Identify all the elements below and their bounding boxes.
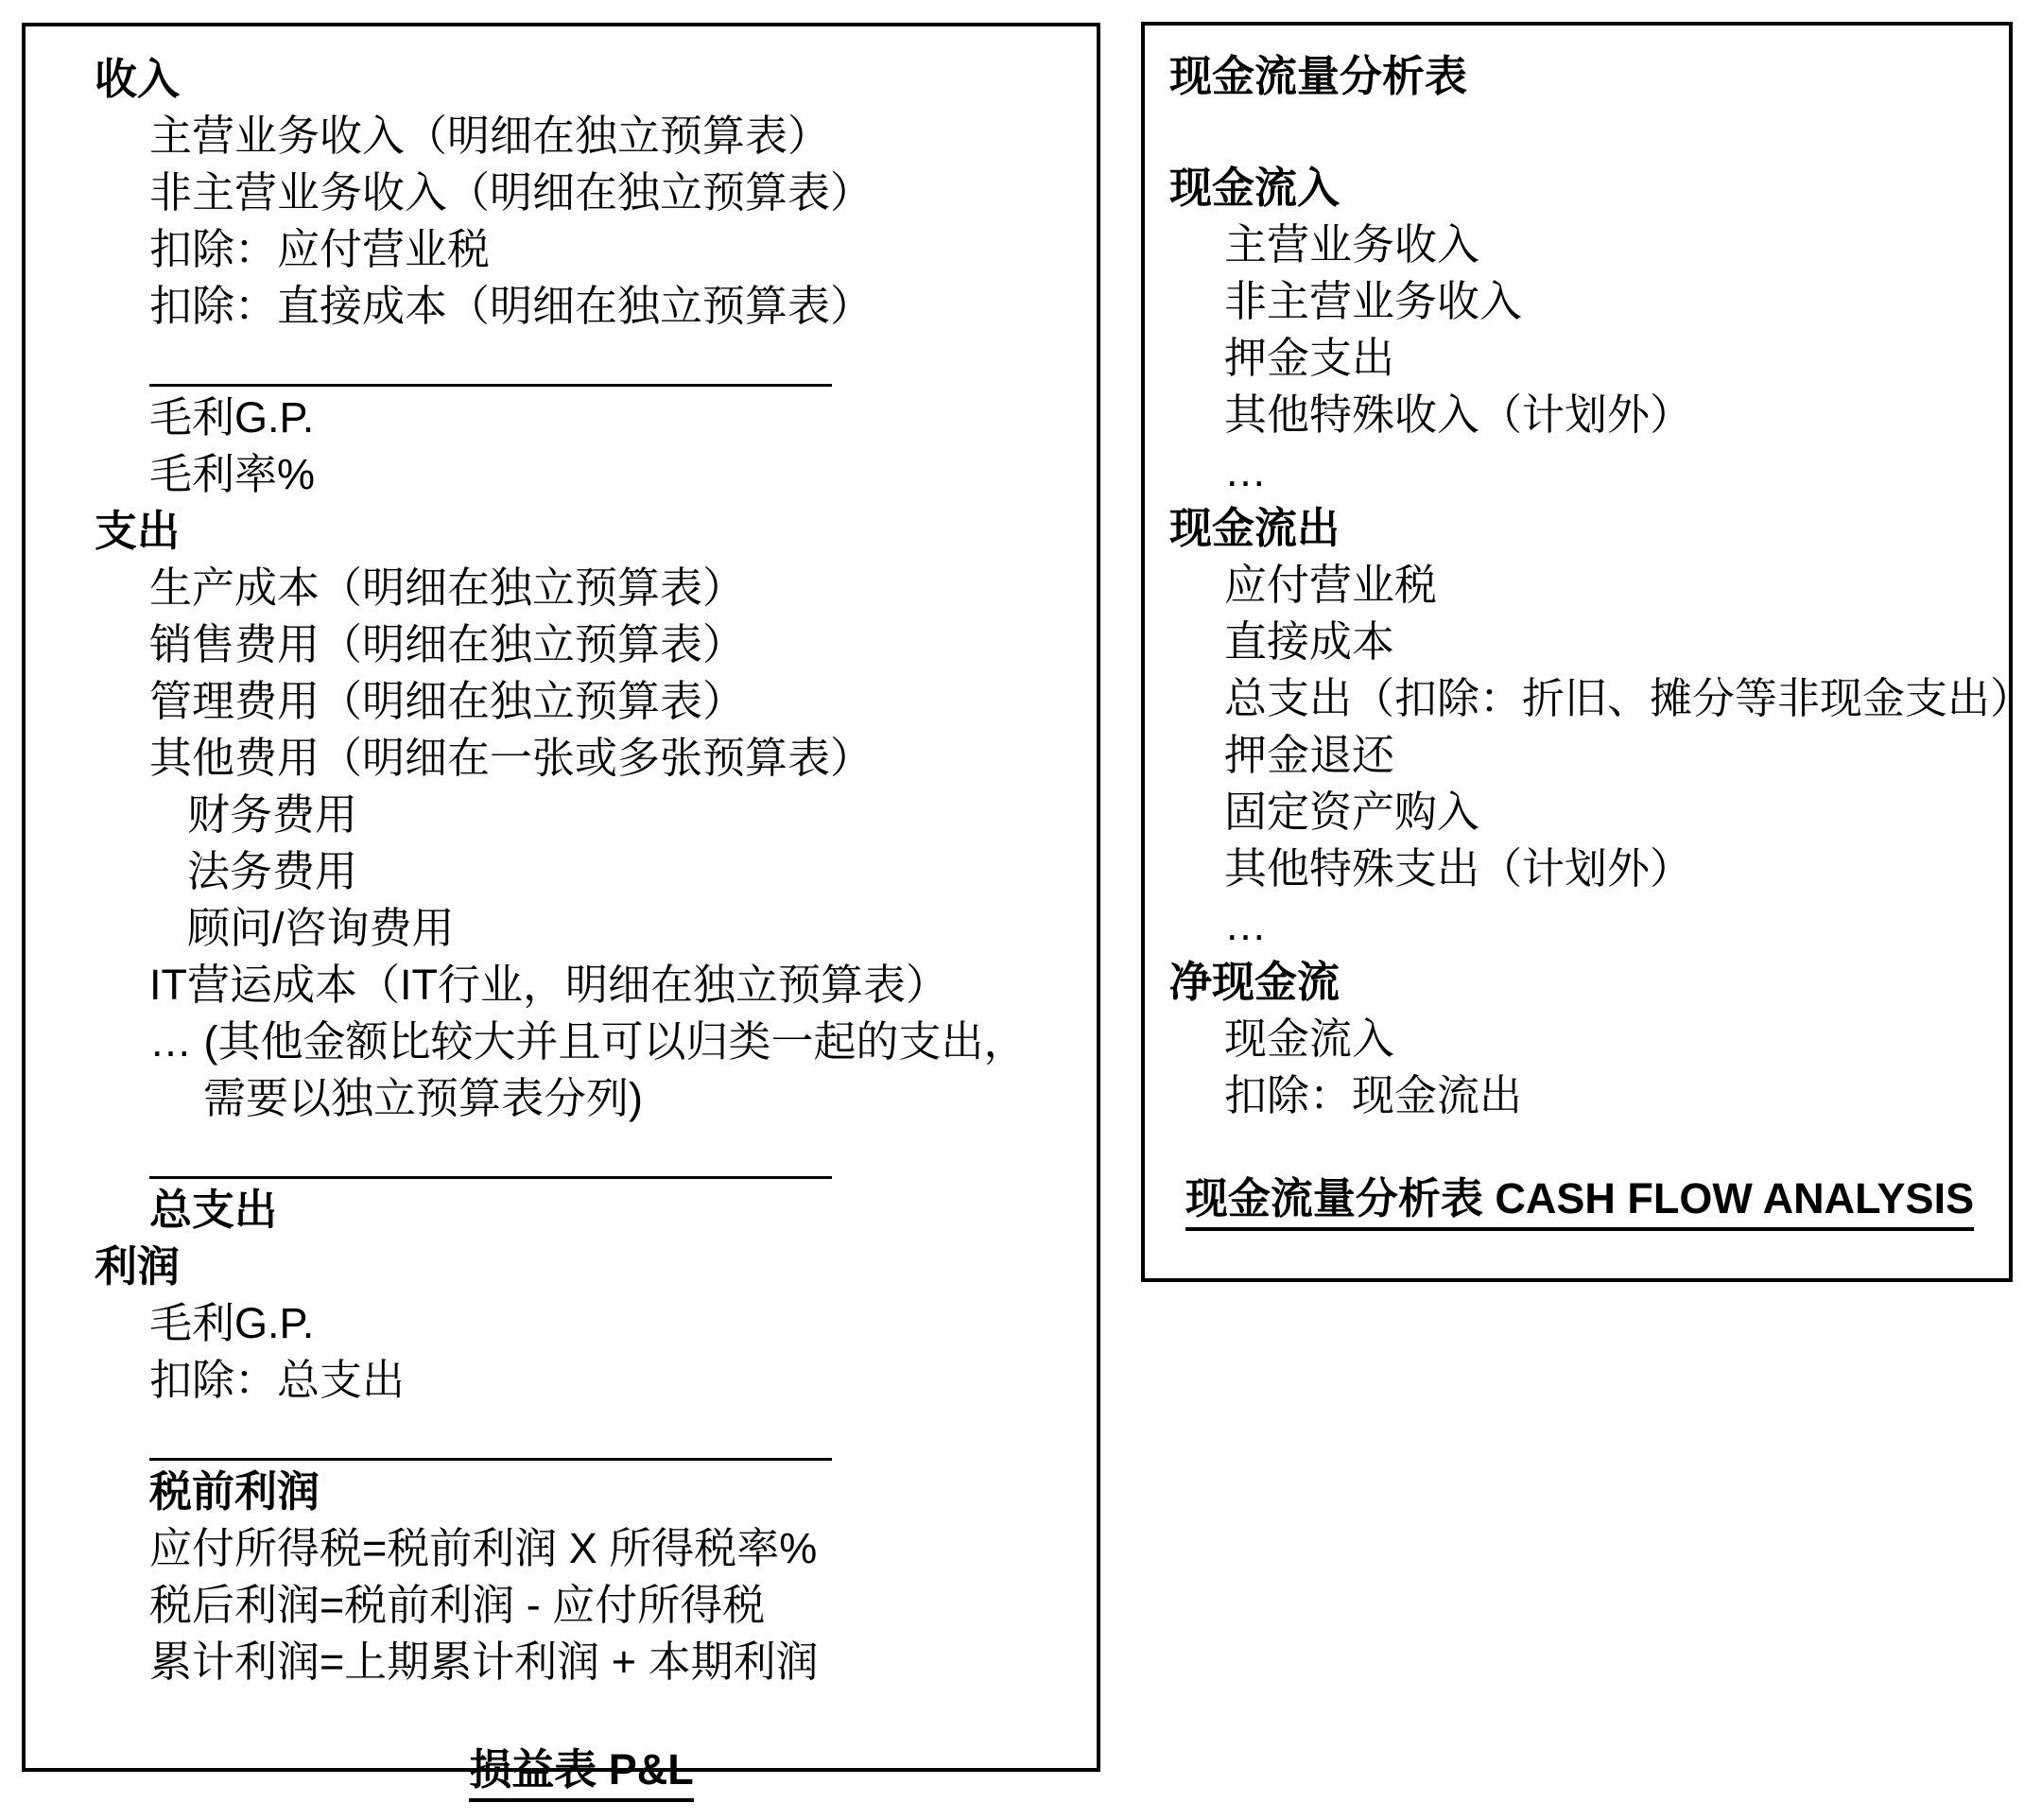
section-heading: 总支出 [149, 1182, 1068, 1239]
line-item: 总支出（扣除：折旧、摊分等非现金支出） [1224, 670, 1990, 727]
line-item: 押金退还 [1224, 727, 1990, 784]
line-item: 非主营业务收入 [1224, 273, 1990, 330]
line-item: … [1224, 443, 1990, 500]
section-heading: 净现金流 [1169, 954, 1990, 1011]
line-item: 生产成本（明细在独立预算表） [149, 560, 1068, 616]
line-item: 毛利G.P. [149, 1295, 1068, 1352]
line-item: 毛利率% [149, 446, 1068, 503]
blank-spacer [1169, 105, 1990, 160]
section-divider-line [149, 335, 832, 387]
cashflow-box: 现金流量分析表现金流入主营业务收入非主营业务收入押金支出其他特殊收入（计划外）…… [1141, 22, 2013, 1282]
cashflow-caption-row: 现金流量分析表 CASH FLOW ANALYSIS [1169, 1171, 1990, 1231]
cashflow-caption: 现金流量分析表 CASH FLOW ANALYSIS [1185, 1171, 1974, 1231]
pnl-caption-row: 损益表 P&L [95, 1742, 1068, 1802]
line-item: 销售费用（明细在独立预算表） [149, 616, 1068, 673]
pnl-box: 收入主营业务收入（明细在独立预算表）非主营业务收入（明细在独立预算表）扣除：应付… [22, 23, 1100, 1772]
section-heading: 收入 [95, 51, 1068, 108]
line-item: 押金支出 [1224, 330, 1990, 387]
line-item: 直接成本 [1224, 614, 1990, 670]
line-item: 主营业务收入 [1224, 217, 1990, 273]
line-item: 扣除：总支出 [149, 1352, 1068, 1409]
section-heading: 现金流出 [1169, 500, 1990, 557]
line-item: 累计利润=上期累计利润 + 本期利润 [149, 1634, 1068, 1690]
page: 收入主营业务收入（明细在独立预算表）非主营业务收入（明细在独立预算表）扣除：应付… [0, 0, 2041, 1820]
section-heading: 利润 [95, 1239, 1068, 1295]
line-item: 固定资产购入 [1224, 784, 1990, 841]
line-item: … (其他金额比较大并且可以归类一起的支出， [149, 1014, 1068, 1070]
section-divider-line [149, 1127, 832, 1179]
line-item: 其他特殊支出（计划外） [1224, 841, 1990, 897]
line-item: IT营运成本（IT行业，明细在独立预算表） [149, 957, 1068, 1014]
section-heading: 税前利润 [149, 1464, 1068, 1520]
section-divider-line [149, 1409, 832, 1461]
line-item: 现金流入 [1224, 1011, 1990, 1067]
line-item: 法务费用 [187, 843, 1068, 900]
line-item: 主营业务收入（明细在独立预算表） [149, 108, 1068, 165]
line-item: 财务费用 [187, 787, 1068, 843]
line-item: 需要以独立预算表分列) [203, 1070, 1068, 1127]
line-item: 毛利G.P. [149, 390, 1068, 446]
pnl-caption: 损益表 P&L [469, 1742, 694, 1802]
line-item: 应付所得税=税前利润 X 所得税率% [149, 1520, 1068, 1577]
line-item: 扣除：现金流出 [1224, 1067, 1990, 1124]
line-item: 应付营业税 [1224, 557, 1990, 614]
line-item: 扣除：应付营业税 [149, 221, 1068, 278]
pnl-outline-list: 收入主营业务收入（明细在独立预算表）非主营业务收入（明细在独立预算表）扣除：应付… [95, 51, 1068, 1690]
section-heading: 支出 [95, 503, 1068, 560]
section-heading: 现金流入 [1169, 160, 1990, 217]
line-item: … [1224, 897, 1990, 954]
line-item: 非主营业务收入（明细在独立预算表） [149, 165, 1068, 221]
line-item: 扣除：直接成本（明细在独立预算表） [149, 278, 1068, 335]
line-item: 其他费用（明细在一张或多张预算表） [149, 730, 1068, 787]
line-item: 顾问/咨询费用 [187, 900, 1068, 957]
cashflow-outline-list: 现金流量分析表现金流入主营业务收入非主营业务收入押金支出其他特殊收入（计划外）…… [1169, 48, 1990, 1124]
section-heading: 现金流量分析表 [1169, 48, 1990, 105]
line-item: 管理费用（明细在独立预算表） [149, 673, 1068, 730]
line-item: 其他特殊收入（计划外） [1224, 387, 1990, 443]
line-item: 税后利润=税前利润 - 应付所得税 [149, 1577, 1068, 1634]
